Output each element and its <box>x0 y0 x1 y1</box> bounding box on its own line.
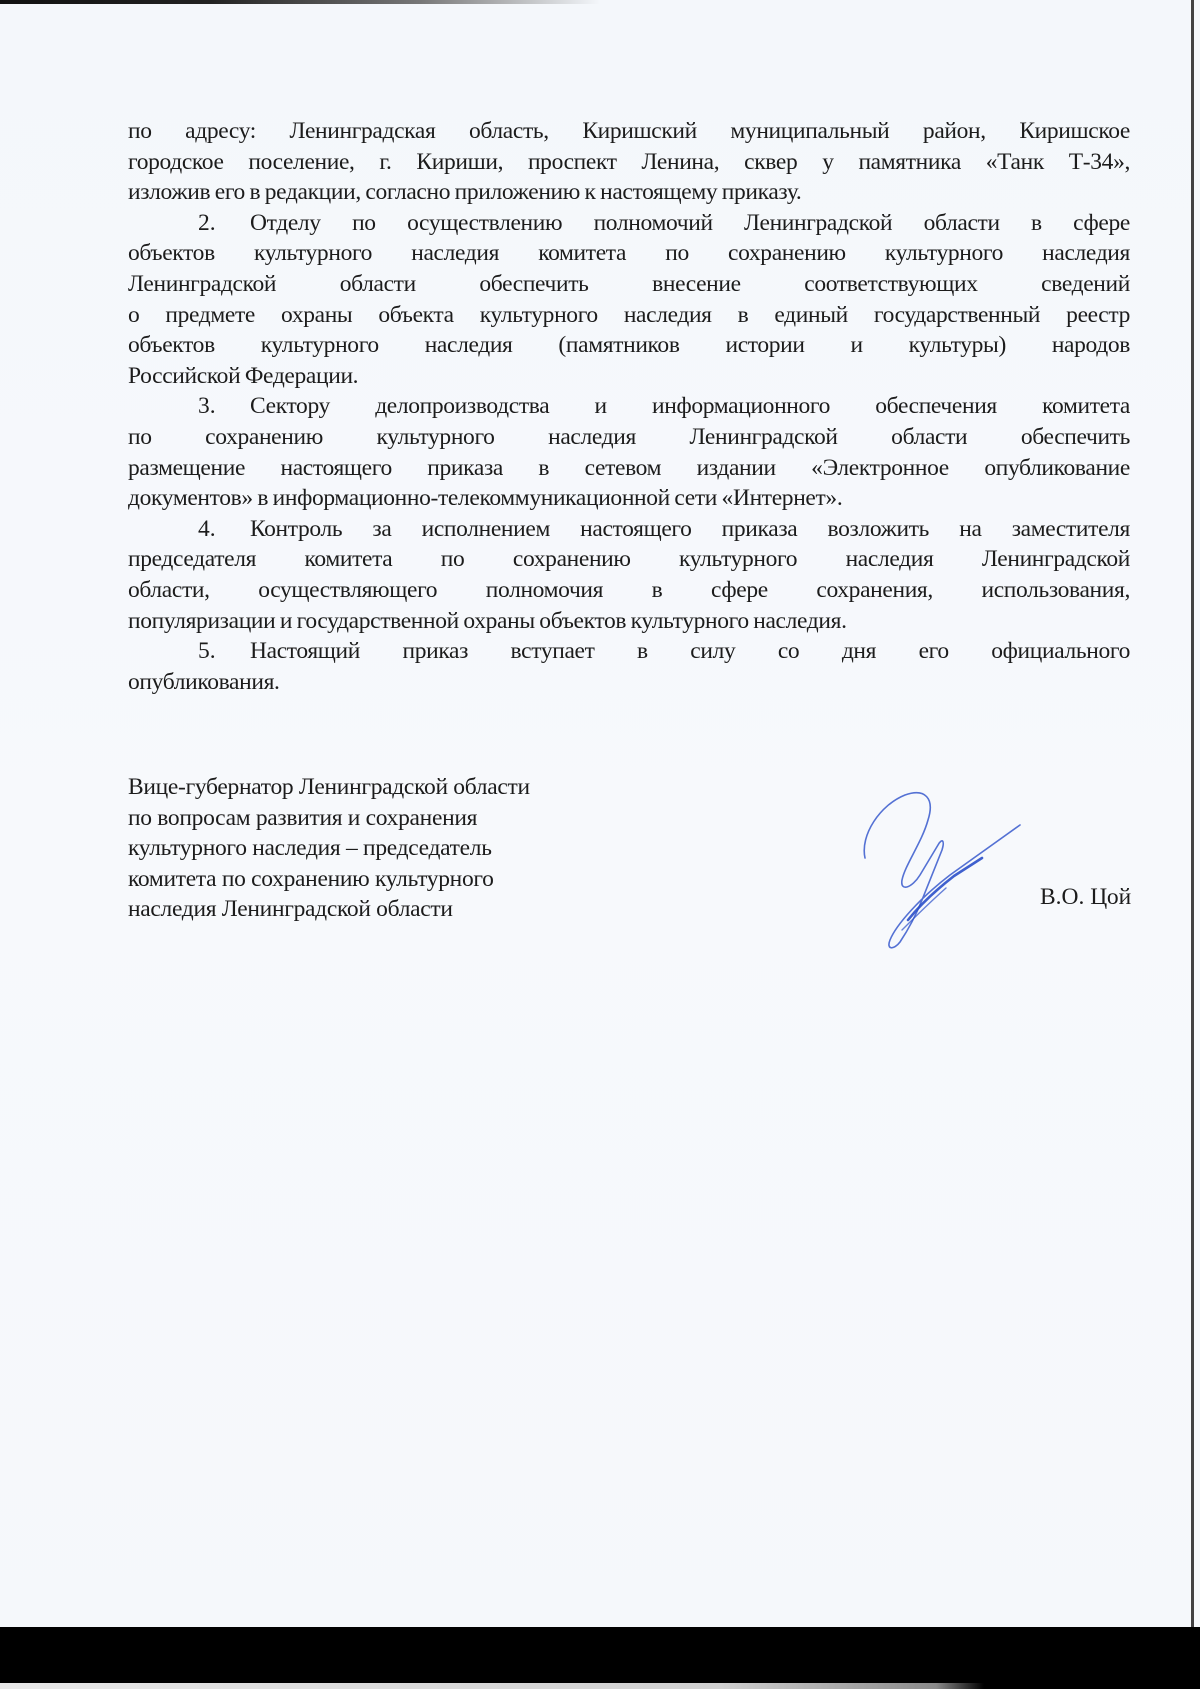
item-number: 2. <box>198 208 250 239</box>
paragraph-5-first-line: 5.Настоящий приказ вступает в силу со дн… <box>128 636 1130 667</box>
paragraph-4-line: популяризации и государственной охраны о… <box>128 606 1130 637</box>
signatory-title-line: по вопросам развития и сохранения <box>128 803 477 834</box>
paragraph-3-line: размещение настоящего приказа в сетевом … <box>128 453 1130 484</box>
signatory-title-line: наследия Ленинградской области <box>128 894 453 925</box>
scan-top-edge <box>0 0 600 4</box>
paragraph-3-line: по сохранению культурного наследия Ленин… <box>128 422 1130 453</box>
scan-bottom-strip <box>0 1683 1200 1689</box>
paragraph-2-line: объектов культурного наследия комитета п… <box>128 238 1130 269</box>
scan-bottom-border <box>0 1627 1200 1689</box>
document-body: по адресу: Ленинградская область, Киришс… <box>128 116 1130 697</box>
signer-name: В.О. Цой <box>1040 882 1131 912</box>
signatory-title-line: комитета по сохранению культурного <box>128 864 494 895</box>
item-number: 5. <box>198 636 250 667</box>
paragraph-4-line: области, осуществляющего полномочия в сф… <box>128 575 1130 606</box>
paragraph-2-line: объектов культурного наследия (памятнико… <box>128 330 1130 361</box>
signatory-title: Вице-губернатор Ленинградской области по… <box>128 772 676 925</box>
paragraph-1-line: изложив его в редакции, согласно приложе… <box>128 177 1130 208</box>
handwritten-signature-icon <box>850 780 1050 955</box>
signatory-title-line: Вице-губернатор Ленинградской области <box>128 772 530 803</box>
paragraph-3-line: документов» в информационно-телекоммуник… <box>128 483 1130 514</box>
paragraph-1-line: по адресу: Ленинградская область, Киришс… <box>128 116 1130 147</box>
item-number: 4. <box>198 514 250 545</box>
paragraph-2-line: Российской Федерации. <box>128 361 1130 392</box>
paragraph-4-first-line: 4.Контроль за исполнением настоящего при… <box>128 514 1130 545</box>
paragraph-5-line: опубликования. <box>128 667 1130 698</box>
paragraph-2-line: о предмете охраны объекта культурного на… <box>128 300 1130 331</box>
paragraph-1-line: городское поселение, г. Кириши, проспект… <box>128 147 1130 178</box>
paragraph-4-line: председателя комитета по сохранению куль… <box>128 544 1130 575</box>
item-number: 3. <box>198 391 250 422</box>
paragraph-2-line: Ленинградской области обеспечить внесени… <box>128 269 1130 300</box>
paragraph-2-first-line: 2.Отделу по осуществлению полномочий Лен… <box>128 208 1130 239</box>
scan-right-edge <box>1191 0 1194 1627</box>
document-page: по адресу: Ленинградская область, Киришс… <box>0 0 1200 1689</box>
signatory-title-line: культурного наследия – председатель <box>128 833 492 864</box>
paragraph-3-first-line: 3.Сектору делопроизводства и информацион… <box>128 391 1130 422</box>
